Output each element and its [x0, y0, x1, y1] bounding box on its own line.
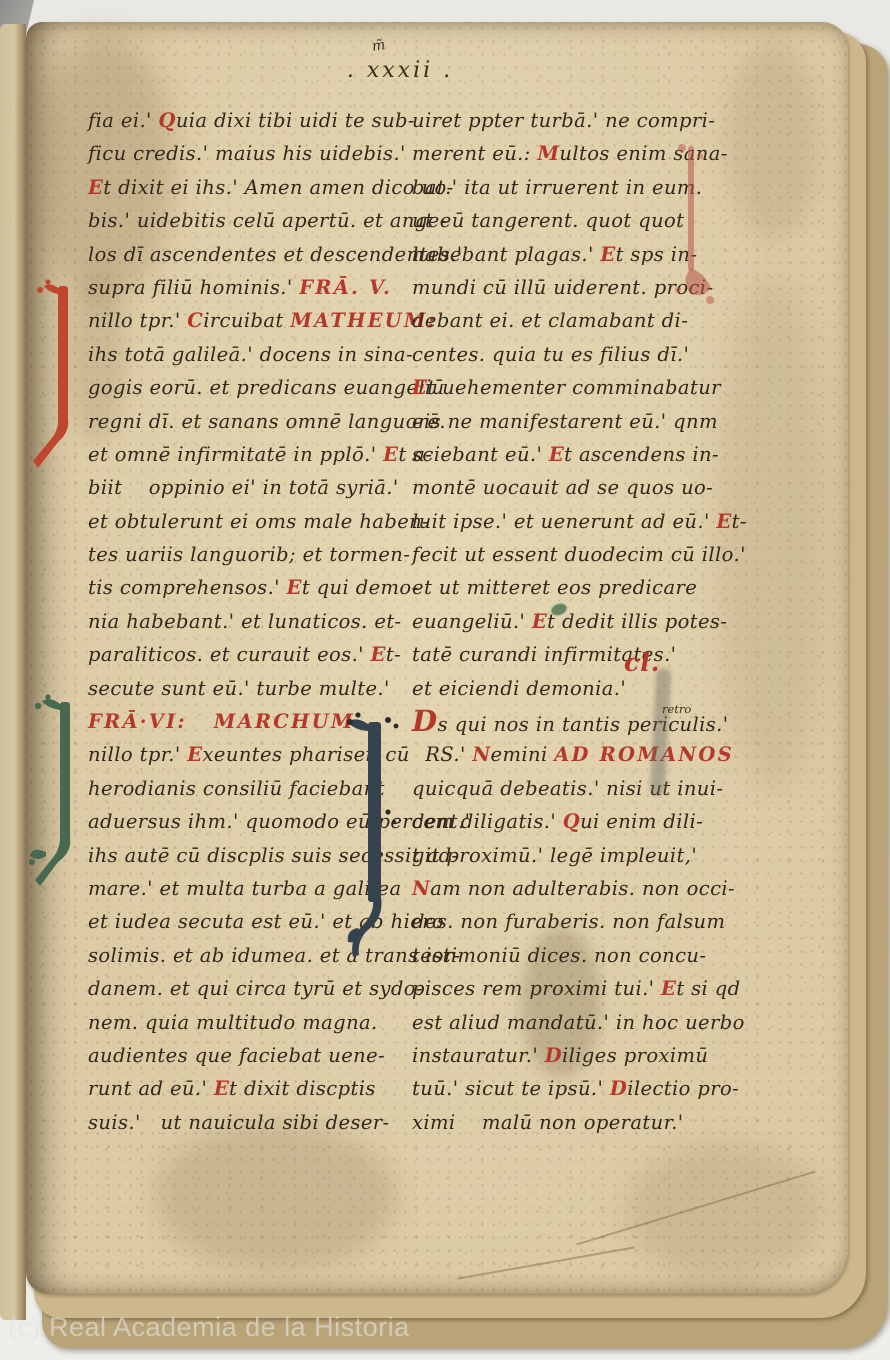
body-text: herodianis consiliū faciebant [88, 777, 385, 800]
body-text: los dī ascendentes et descendentes.' [88, 243, 462, 266]
body-text: et omnē infirmitatē in pplō.' [88, 443, 383, 466]
manuscript-text-line: supra filiū hominis.' FRĀ. V. [88, 271, 406, 304]
manuscript-text-line: fecit ut essent duodecim cū illo.' [412, 538, 730, 571]
body-text: t uehementer comminabatur [427, 376, 721, 399]
body-text: ircuibat [203, 309, 290, 332]
folio-number: . xxxii . [300, 58, 500, 83]
manuscript-text-line: testimoniū dices. non concu- [412, 939, 730, 972]
body-text: E [88, 176, 103, 199]
body-text: D [412, 704, 438, 738]
body-text: suis.' ut nauicula sibi deser- [88, 1111, 390, 1134]
body-text: ficu credis.' maius his uidebis.' [88, 142, 406, 165]
manuscript-text-line: nillo tpr.' Circuibat MATHEUM: [88, 304, 406, 337]
parchment-stain [726, 42, 821, 242]
body-text: biit oppinio ei' in totā syriā.' [88, 476, 399, 499]
body-text: N [472, 743, 490, 766]
body-text: fia ei.' [88, 109, 158, 132]
body-text: centes. quia tu es filius dī.' [412, 343, 689, 366]
manuscript-text-line: des. non furaberis. non falsum [412, 905, 730, 938]
manuscript-text-line: instauratur.' Diliges proximū [412, 1039, 730, 1072]
body-text: Q [563, 810, 580, 833]
body-text: tes uariis languorib; et tormen- [88, 543, 410, 566]
body-text: git proximū.' legē impleuit,' [412, 844, 697, 867]
margin-note: retro [662, 702, 691, 716]
manuscript-text-line: gogis eorū. et predicans euangeliū [88, 371, 406, 404]
body-text: t ascendens in- [564, 443, 719, 466]
body-text: cem diligatis.' [412, 810, 563, 833]
body-text: E [371, 643, 386, 666]
body-text: M [537, 142, 559, 165]
manuscript-text-line: luit ipse.' et uenerunt ad eū.' Et- [412, 505, 730, 538]
scratch-mark [576, 1170, 816, 1245]
manuscript-text-line: bis.' uidebitis celū apertū. et ange- [88, 204, 406, 237]
body-text: bat.' ita ut irruerent in eum. [412, 176, 702, 199]
manuscript-text-line: tuū.' sicut te ipsū.' Dilectio pro- [412, 1072, 730, 1105]
body-text: t dedit illis potes- [547, 610, 727, 633]
body-text: quicquā debeatis.' nisi ut inui- [412, 777, 723, 800]
body-text: solimis. et ab idumea. et a trans ior- [88, 944, 461, 967]
manuscript-text-line: Et dixit ei ihs.' Amen amen dico uo- [88, 171, 406, 204]
body-text: E [287, 576, 302, 599]
manuscript-text-line: eis ne manifestarent eū.' qnm [412, 405, 730, 438]
body-text: RS.' [412, 743, 472, 766]
manuscript-text-line: uiret ppter turbā.' ne compri- [412, 104, 730, 137]
body-text: euangeliū.' [412, 610, 532, 633]
manuscript-text-line: quicquā debeatis.' nisi ut inui- [412, 772, 730, 805]
manuscript-text-line: ficu credis.' maius his uidebis.' [88, 137, 406, 170]
manuscript-photo: { "watermark": "(c) Real Academia de la … [0, 0, 890, 1360]
body-text: E [600, 243, 615, 266]
body-text: uia dixi tibi uidi te sub- [176, 109, 415, 132]
manuscript-text-line: et eiciendi demonia.' [412, 672, 730, 705]
body-text: ilectio pro- [627, 1077, 739, 1100]
manuscript-text-line: biit oppinio ei' in totā syriā.' [88, 471, 406, 504]
manuscript-text-line: paraliticos. et curauit eos.' Et- [88, 638, 406, 671]
manuscript-text-line: Et uehementer comminabatur [412, 371, 730, 404]
body-text: emini [491, 743, 555, 766]
manuscript-text-line: danem. et qui circa tyrū et sydo- [88, 972, 406, 1005]
body-text: Q [158, 109, 175, 132]
body-text: runt ad eū.' [88, 1077, 214, 1100]
blue-initial-I [344, 712, 404, 962]
manuscript-text-line: RS.' Nemini AD ROMANOS [412, 738, 730, 771]
body-text: supra filiū hominis.' [88, 276, 299, 299]
body-text: t- [386, 643, 401, 666]
manuscript-text-line: runt ad eū.' Et dixit discptis [88, 1072, 406, 1105]
body-text: paraliticos. et curauit eos.' [88, 643, 371, 666]
body-text: et obtulerunt ei oms male haben- [88, 510, 429, 533]
body-text: audientes que faciebat uene- [88, 1044, 385, 1067]
body-text: fecit ut essent duodecim cū illo.' [412, 543, 746, 566]
body-text: luit ipse.' et uenerunt ad eū.' [412, 510, 716, 533]
manuscript-text-line: ihs totā galileā.' docens in sina- [88, 338, 406, 371]
body-text: bis.' uidebitis celū apertū. et ange- [88, 209, 447, 232]
body-text: eis ne manifestarent eū.' qnm [412, 410, 718, 433]
body-text: ui enim dili- [580, 810, 703, 833]
manuscript-text-line: tes uariis languorib; et tormen- [88, 538, 406, 571]
manuscript-text-line: ximi malū non operatur.' [412, 1106, 730, 1139]
manuscript-text-line: et omnē infirmitatē in pplō.' Et a- [88, 438, 406, 471]
manuscript-text-line: montē uocauit ad se quos uo- [412, 471, 730, 504]
body-text: E [187, 743, 202, 766]
body-text: t dixit discptis [229, 1077, 376, 1100]
body-text: t si qd [676, 977, 740, 1000]
body-text: ut eū tangerent. quot quot [412, 209, 684, 232]
body-text: E [412, 376, 427, 399]
body-text: ximi malū non operatur.' [412, 1111, 684, 1134]
body-text: danem. et qui circa tyrū et sydo- [88, 977, 423, 1000]
body-text: debant ei. et clamabant di- [412, 309, 688, 332]
body-text: E [532, 610, 547, 633]
manuscript-text-line: et obtulerunt ei oms male haben- [88, 505, 406, 538]
body-text: E [549, 443, 564, 466]
body-text: mundi cū illū uiderent. proci- [412, 276, 713, 299]
body-text: ihs totā galileā.' docens in sina- [88, 343, 413, 366]
body-text: pisces rem proximi tui.' [412, 977, 661, 1000]
body-text: testimoniū dices. non concu- [412, 944, 706, 967]
body-text: E [383, 443, 398, 466]
body-text: t dixit ei ihs.' Amen amen dico uo- [103, 176, 453, 199]
body-text: iliges proximū [562, 1044, 708, 1067]
body-text: C [187, 309, 203, 332]
quire-mark: m̃ [371, 37, 386, 55]
body-text: s qui nos in tantis periculis.' [438, 713, 729, 736]
body-text: E [661, 977, 676, 1000]
rubric-text: FRĀ·VI: MARCHUM [88, 710, 355, 733]
manuscript-text-line: fia ei.' Quia dixi tibi uidi te sub- [88, 104, 406, 137]
manuscript-text-line: git proximū.' legē impleuit,' [412, 839, 730, 872]
body-text: am non adulterabis. non occi- [430, 877, 735, 900]
body-text: des. non furaberis. non falsum [412, 910, 725, 933]
body-text: E [716, 510, 731, 533]
rubric-text: AD ROMANOS [554, 743, 734, 766]
institution-watermark: (c) Real Academia de la Historia [8, 1312, 410, 1343]
opposite-page-edge [0, 24, 26, 1320]
body-text: E [214, 1077, 229, 1100]
body-text: t- [732, 510, 747, 533]
rubric-text: FRĀ. V. [299, 276, 392, 299]
body-text: et eiciendi demonia.' [412, 677, 626, 700]
red-initial-I [32, 278, 80, 478]
body-text: tis comprehensos.' [88, 576, 287, 599]
parchment-stain [626, 1142, 826, 1282]
text-column-left: fia ei.' Quia dixi tibi uidi te sub-ficu… [88, 104, 406, 1139]
manuscript-text-line: secute sunt eū.' turbe multe.' [88, 672, 406, 705]
manuscript-text-line: pisces rem proximi tui.' Et si qd [412, 972, 730, 1005]
manuscript-text-line: tis comprehensos.' Et qui demo- [88, 571, 406, 604]
body-text: instauratur.' [412, 1044, 545, 1067]
manuscript-text-line: et ut mitteret eos predicare [412, 571, 730, 604]
body-text: tuū.' sicut te ipsū.' [412, 1077, 610, 1100]
body-text: sciebant eū.' [412, 443, 549, 466]
manuscript-text-line: euangeliū.' Et dedit illis potes- [412, 605, 730, 638]
body-text: montē uocauit ad se quos uo- [412, 476, 713, 499]
body-text: nillo tpr.' [88, 309, 187, 332]
body-text: nillo tpr.' [88, 743, 187, 766]
manuscript-text-line: tatē curandi infirmitates.' [412, 638, 730, 671]
manuscript-text-line: los dī ascendentes et descendentes.' [88, 238, 406, 271]
manuscript-text-line: sciebant eū.' Et ascendens in- [412, 438, 730, 471]
manuscript-text-line: centes. quia tu es filius dī.' [412, 338, 730, 371]
body-text: merent eū.: [412, 142, 537, 165]
body-text: secute sunt eū.' turbe multe.' [88, 677, 390, 700]
body-text: t qui demo- [302, 576, 419, 599]
body-text: regni dī. et sanans omnē languorē. [88, 410, 446, 433]
manuscript-text-line: nia habebant.' et lunaticos. et- [88, 605, 406, 638]
body-text: nem. quia multitudo magna. [88, 1011, 378, 1034]
manuscript-text-line: nem. quia multitudo magna. [88, 1006, 406, 1039]
body-text: D [545, 1044, 562, 1067]
manuscript-text-line: est aliud mandatū.' in hoc uerbo [412, 1006, 730, 1039]
faded-red-margin-flourish [672, 140, 722, 315]
body-text: uiret ppter turbā.' ne compri- [412, 109, 715, 132]
parchment-stain [156, 1122, 396, 1272]
body-text: est aliud mandatū.' in hoc uerbo [412, 1011, 745, 1034]
manuscript-text-line: regni dī. et sanans omnē languorē. [88, 405, 406, 438]
body-text: et ut mitteret eos predicare [412, 576, 697, 599]
body-text: gogis eorū. et predicans euangeliū [88, 376, 445, 399]
green-initial-I [26, 692, 82, 892]
body-text: habebant plagas.' [412, 243, 600, 266]
body-text: D [610, 1077, 627, 1100]
scratch-mark [457, 1246, 635, 1279]
body-text: N [412, 877, 430, 900]
collect-abbreviation: cl. [624, 648, 660, 677]
manuscript-text-line: cem diligatis.' Qui enim dili- [412, 805, 730, 838]
body-text: nia habebant.' et lunaticos. et- [88, 610, 402, 633]
manuscript-text-line: audientes que faciebat uene- [88, 1039, 406, 1072]
manuscript-text-line: Nam non adulterabis. non occi- [412, 872, 730, 905]
manuscript-text-line: suis.' ut nauicula sibi deser- [88, 1106, 406, 1139]
